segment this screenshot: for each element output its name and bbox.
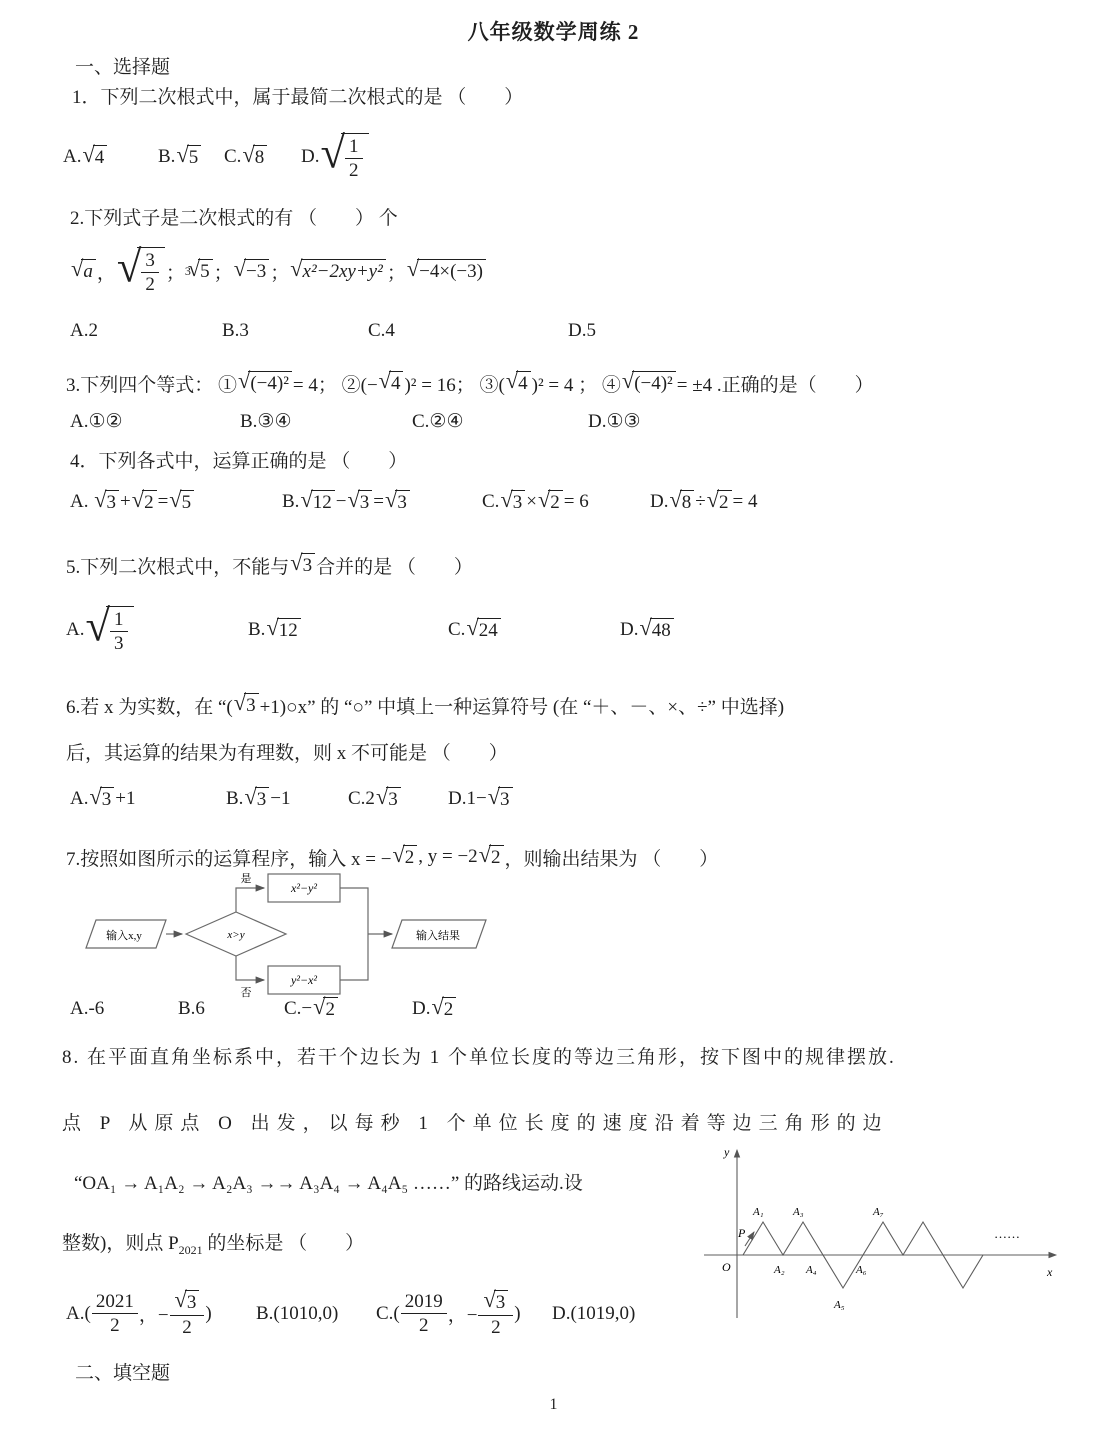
q4-stem: 4．下列各式中，运算正确的是 （ ） <box>70 446 407 473</box>
q3-option-c: C.②④ <box>412 410 588 433</box>
radicand: 5 <box>187 145 202 169</box>
q6-option-a: A. 3 +1 <box>70 787 226 811</box>
separator: ； <box>270 258 289 285</box>
q3-option-b: B.③④ <box>240 410 412 433</box>
radicand: 1 3 <box>106 606 134 655</box>
point-a1-label: A₁ <box>752 1206 764 1218</box>
option-label: D. <box>650 491 668 513</box>
option-label: B. <box>226 788 243 810</box>
sqrt: 12 <box>266 618 300 642</box>
q4-options: A. 3 + 2 = 5 B. 12 − 3 = 3 C. 3 × 2 = 6 … <box>70 482 758 522</box>
radicand: 3 <box>301 553 316 577</box>
sqrt: 1 2 <box>320 133 368 182</box>
sqrt: a <box>71 259 96 283</box>
radicand: 12 <box>311 490 335 514</box>
fraction: 1 3 <box>110 609 128 655</box>
radicand: 8 <box>680 490 695 514</box>
radicand: 2 <box>489 845 504 869</box>
flow-yes-branch <box>236 888 264 912</box>
numerator: 2021 <box>92 1291 138 1314</box>
sqrt: −4×(−3) <box>407 259 486 283</box>
numerator: 3 <box>478 1290 513 1316</box>
point-subscript: 2021 <box>179 1243 203 1257</box>
q6-option-b: B. 3 −1 <box>226 787 348 811</box>
sqrt: 2 <box>538 490 563 514</box>
q3-option-a: A.①② <box>70 410 240 433</box>
fraction: 2019 2 <box>401 1291 447 1337</box>
worksheet-page: 八年级数学周练 2 一、选择题 1．下列二次根式中，属于最简二次根式的是 （ ）… <box>0 0 1107 1433</box>
numerator: 1 <box>345 136 363 159</box>
sqrt: 3 <box>347 490 372 514</box>
option-label: A. <box>63 146 81 168</box>
sqrt: (−4)² <box>238 371 292 395</box>
q8-stem-line3: “OA₁ → A₁A₂ → A₂A₃ →→ A₃A₄ → A₄A₅ ……” 的路… <box>74 1168 583 1195</box>
separator: ，− <box>448 1300 478 1327</box>
q5-option-d: D. 48 <box>620 618 675 642</box>
q4-option-a: A. 3 + 2 = 5 <box>70 490 282 514</box>
q6-stem-line2: 后，其运算的结果为有理数，则 x 不可能是 （ ） <box>66 738 508 765</box>
sqrt: 4 <box>82 145 107 169</box>
q2-expression: a ， 3 2 ； 3 5 ； −3 ； x²−2xy+y² ； −4×(−3) <box>70 238 487 304</box>
math-text: −1 <box>270 788 290 810</box>
q8-options: A.( 2021 2 ，− 3 2 ) B.(1010,0) C.( 2019 … <box>66 1280 635 1348</box>
radicand: 3 <box>494 1290 509 1314</box>
q5-stem-pre: 5.下列二次根式中，不能与 <box>66 552 289 579</box>
q4-option-b: B. 12 − 3 = 3 <box>282 490 482 514</box>
point-a3-label: A₃ <box>792 1206 804 1218</box>
radicand: 3 <box>498 787 513 811</box>
option-label: C. <box>224 146 241 168</box>
sqrt: 5 <box>169 490 194 514</box>
q6-option-c: C.2 3 <box>348 787 448 811</box>
radicand: 3 <box>395 490 410 514</box>
denominator: 2 <box>141 273 159 295</box>
denominator: 2 <box>170 1316 205 1338</box>
q1-options: A. 4 B. 5 C. 8 D. 1 2 <box>63 124 370 190</box>
radicand: 3 <box>255 787 270 811</box>
q1-stem: 1．下列二次根式中，属于最简二次根式的是 （ ） <box>72 82 523 109</box>
operator: + <box>120 491 131 513</box>
q6-options: A. 3 +1 B. 3 −1 C.2 3 D.1− 3 <box>70 782 514 816</box>
flow-bottom-box-label: y²−x² <box>290 973 317 987</box>
radicand: (−4)² <box>632 371 676 395</box>
separator: ，− <box>139 1300 169 1327</box>
fraction: 1 2 <box>345 136 363 182</box>
q8-stem-line1: 8. 在平面直角坐标系中，若干个边长为 1 个单位长度的等边三角形，按下图中的规… <box>62 1042 896 1069</box>
point-a4-label: A₄ <box>805 1264 817 1276</box>
sqrt: 3 <box>488 787 513 811</box>
x-axis-label: x <box>1046 1265 1053 1279</box>
flow-output-label: 输入结果 <box>416 928 460 942</box>
operator: = 4 <box>733 491 758 513</box>
flow-no-branch <box>236 956 264 980</box>
flow-condition-label: x>y <box>226 929 244 941</box>
section-fill-blank-heading: 二、填空题 <box>75 1358 170 1385</box>
operator: ÷ <box>695 491 705 513</box>
q7-option-c: C.− 2 <box>284 997 412 1021</box>
flow-join-bottom <box>340 934 368 980</box>
option-label: D. <box>620 619 638 641</box>
q2-options: A.2 B.3 C.4 D.5 <box>70 320 596 342</box>
point-a2-label: A₂ <box>773 1264 785 1276</box>
separator: ； <box>214 258 233 285</box>
radicand: 5 <box>180 490 195 514</box>
sqrt: 4 <box>379 371 404 395</box>
radicand: 2 <box>323 997 338 1021</box>
radicand: 1 2 <box>341 133 369 182</box>
q8-line4-post: 的坐标是 （ ） <box>203 1233 365 1254</box>
option-label: A. <box>70 491 88 513</box>
fraction: 3 2 <box>478 1290 513 1338</box>
sqrt: 1 3 <box>85 606 133 655</box>
point-a6-label: A₆ <box>855 1264 867 1276</box>
denominator: 2 <box>401 1314 447 1336</box>
q7-option-d: D. 2 <box>412 997 457 1021</box>
radicand: 12 <box>277 618 301 642</box>
q1-option-d: D. 1 2 <box>301 133 370 182</box>
sqrt: 3 <box>94 490 119 514</box>
sqrt: 12 <box>300 490 334 514</box>
sqrt: 2 <box>132 490 157 514</box>
sqrt: 3 <box>483 1290 508 1314</box>
q8-option-d: D.(1019,0) <box>552 1303 635 1325</box>
q3-eq3: )² = 4 ； ④ <box>532 370 621 397</box>
triangle-pattern-figure: y x O P A₁ A₂ A₃ A₄ A₅ A₆ A₇ …… <box>698 1140 1078 1328</box>
sqrt: 3 <box>290 553 315 577</box>
sqrt: 3 <box>376 787 401 811</box>
option-label: A.( <box>66 1303 91 1325</box>
operator: − <box>336 491 347 513</box>
radicand: 48 <box>650 618 674 642</box>
q7-option-a: A.-6 <box>70 998 178 1020</box>
q5-option-b: B. 12 <box>248 618 448 642</box>
q2-option-d: D.5 <box>568 320 596 342</box>
option-label: D. <box>412 998 430 1020</box>
sqrt: 5 <box>176 145 201 169</box>
radicand: 3 2 <box>137 247 165 296</box>
denominator: 2 <box>478 1316 513 1338</box>
sqrt: 2 <box>431 997 456 1021</box>
denominator: 3 <box>110 632 128 654</box>
q7-stem-post: ，则输出结果为 （ ） <box>505 844 719 871</box>
operator: = <box>373 491 384 513</box>
radicand: 2 <box>403 845 418 869</box>
option-label: A. <box>70 788 88 810</box>
radicand: 3 <box>386 787 401 811</box>
y-axis-label: y <box>723 1145 730 1159</box>
sqrt: x²−2xy+y² <box>290 259 386 283</box>
radicand: 3 <box>511 490 526 514</box>
flow-yes-label: 是 <box>241 872 252 885</box>
q8-option-c: C.( 2019 2 ，− 3 2 ) <box>376 1290 552 1338</box>
q3-eq4: = ±4 .正确的是（ ） <box>677 370 874 397</box>
q6-stem-pre: 6.若 x 为实数，在 “( <box>66 692 233 719</box>
radicand: 8 <box>253 145 268 169</box>
option-label: A. <box>66 619 84 641</box>
q2-option-a: A.2 <box>70 320 222 342</box>
sqrt: −3 <box>234 259 270 283</box>
q7-option-b: B.6 <box>178 998 284 1020</box>
sqrt: 4 <box>506 371 531 395</box>
q1-option-a: A. 4 <box>63 145 158 169</box>
sqrt: 8 <box>669 490 694 514</box>
q1-option-b: B. 5 <box>158 145 224 169</box>
q6-stem-line1: 6.若 x 为实数，在 “( 3 +1)○x” 的 “○” 中填上一种运算符号 … <box>66 688 784 722</box>
math-text: +1 <box>115 788 135 810</box>
option-label: D. <box>301 146 319 168</box>
option-label: D.1− <box>448 788 487 810</box>
numerator: 1 <box>110 609 128 632</box>
fraction: 3 2 <box>141 250 159 296</box>
point-a5-label: A₅ <box>833 1299 845 1311</box>
operator: × <box>526 491 537 513</box>
radicand: 4 <box>516 371 531 395</box>
q3-eq1: = 4； ②(− <box>293 370 378 397</box>
radicand: 24 <box>477 618 501 642</box>
q7-options: A.-6 B.6 C.− 2 D. 2 <box>70 992 457 1026</box>
q5-stem-post: 合并的是 （ ） <box>316 552 473 579</box>
radicand: 3 <box>358 490 373 514</box>
sqrt: 24 <box>466 618 500 642</box>
sqrt: 2 <box>479 845 504 869</box>
sqrt: (−4)² <box>622 371 676 395</box>
numerator: 3 <box>170 1290 205 1316</box>
q3-stem: 3.下列四个等式： ① (−4)² = 4； ②(− 4 )² = 16； ③(… <box>66 362 874 404</box>
q5-options: A. 1 3 B. 12 C. 24 D. 48 <box>66 596 675 664</box>
radicand: 3 <box>100 787 115 811</box>
option-label: B. <box>282 491 299 513</box>
q6-stem-post: +1)○x” 的 “○” 中填上一种运算符号 (在 “＋、－、×、÷” 中选择) <box>260 692 784 719</box>
sqrt: 3 <box>385 490 410 514</box>
flow-top-box-label: x²−y² <box>290 881 317 895</box>
fraction: 2021 2 <box>92 1291 138 1337</box>
numerator: 3 <box>141 250 159 273</box>
denominator: 2 <box>345 159 363 181</box>
separator: ； <box>387 258 406 285</box>
close-paren: ) <box>514 1303 520 1325</box>
radicand: a <box>81 259 96 283</box>
radicand: 4 <box>389 371 404 395</box>
point-a7-label: A₇ <box>872 1206 884 1218</box>
radicand: 2 <box>142 490 157 514</box>
separator: ， <box>97 258 116 285</box>
q8-stem-line2: 点 P 从原点 O 出发，以每秒 1 个单位长度的速度沿着等边三角形的边 <box>62 1108 889 1135</box>
section-choice-heading: 一、选择题 <box>75 52 170 79</box>
numerator: 2019 <box>401 1291 447 1314</box>
q6-option-d: D.1− 3 <box>448 787 514 811</box>
point-p-label: P <box>737 1226 746 1240</box>
option-label: B. <box>158 146 175 168</box>
option-label: C.2 <box>348 788 375 810</box>
continuation-dots: …… <box>994 1226 1020 1241</box>
radicand: x²−2xy+y² <box>301 259 386 283</box>
radicand: −4×(−3) <box>417 259 486 283</box>
cube-root: 5 <box>188 259 213 283</box>
q8-line4-pre: 整数)，则点 P <box>62 1233 179 1254</box>
q3-stem-text: 3.下列四个等式： ① <box>66 370 237 397</box>
option-label: B. <box>248 619 265 641</box>
option-label: C.( <box>376 1303 400 1325</box>
sqrt: 8 <box>242 145 267 169</box>
q7-stem-pre: 7.按照如图所示的运算程序，输入 x = − <box>66 844 391 871</box>
page-title: 八年级数学周练 2 <box>0 16 1107 46</box>
q4-option-c: C. 3 × 2 = 6 <box>482 490 650 514</box>
sqrt: 3 2 <box>117 247 165 296</box>
q8-stem-line4: 整数)，则点 P2021 的坐标是 （ ） <box>62 1228 364 1258</box>
radicand: 5 <box>198 259 213 283</box>
q5-stem: 5.下列二次根式中，不能与 3 合并的是 （ ） <box>66 548 473 582</box>
sqrt: 2 <box>392 845 417 869</box>
radicand: (−4)² <box>248 371 292 395</box>
separator: ； <box>166 258 185 285</box>
operator: = <box>158 491 169 513</box>
radicand: 2 <box>548 490 563 514</box>
fraction: 3 2 <box>170 1290 205 1338</box>
operator: = 6 <box>564 491 589 513</box>
option-label: C. <box>448 619 465 641</box>
radicand: 2 <box>442 997 457 1021</box>
sqrt: 3 <box>175 1290 200 1314</box>
sqrt: 2 <box>313 997 338 1021</box>
radicand: 3 <box>185 1290 200 1314</box>
q2-option-b: B.3 <box>222 320 368 342</box>
flow-join-top <box>340 888 368 934</box>
q2-option-c: C.4 <box>368 320 568 342</box>
page-number: 1 <box>0 1396 1107 1414</box>
option-label: C.− <box>284 998 312 1020</box>
origin-label: O <box>722 1260 731 1274</box>
sqrt: 3 <box>244 787 269 811</box>
sqrt: 3 <box>500 490 525 514</box>
q5-option-c: C. 24 <box>448 618 620 642</box>
q5-option-a: A. 1 3 <box>66 606 248 655</box>
q4-option-d: D. 8 ÷ 2 = 4 <box>650 490 758 514</box>
radicand: 2 <box>717 490 732 514</box>
radicand: 3 <box>105 490 120 514</box>
sqrt: 3 <box>234 693 259 717</box>
option-label: C. <box>482 491 499 513</box>
radicand: 3 <box>244 693 259 717</box>
q2-stem: 2.下列式子是二次根式的有 （ ） 个 <box>70 203 398 230</box>
radicand: 4 <box>93 145 108 169</box>
close-paren: ) <box>205 1303 211 1325</box>
q3-option-d: D.①③ <box>588 410 641 433</box>
q8-option-b: B.(1010,0) <box>256 1303 376 1325</box>
sqrt: 3 <box>89 787 114 811</box>
q3-eq2: )² = 16； ③( <box>404 370 504 397</box>
sqrt: 2 <box>707 490 732 514</box>
q1-option-c: C. 8 <box>224 145 301 169</box>
radicand: −3 <box>244 259 269 283</box>
flowchart: 输入x,y x>y 是 x²−y² 否 y²−x² 输入结果 <box>80 868 496 1000</box>
q8-option-a: A.( 2021 2 ，− 3 2 ) <box>66 1290 256 1338</box>
q7-stem-mid: , y = −2 <box>418 846 477 868</box>
q3-options: A.①② B.③④ C.②④ D.①③ <box>70 410 641 433</box>
flow-input-label: 输入x,y <box>106 928 142 942</box>
sqrt: 48 <box>639 618 673 642</box>
denominator: 2 <box>92 1314 138 1336</box>
